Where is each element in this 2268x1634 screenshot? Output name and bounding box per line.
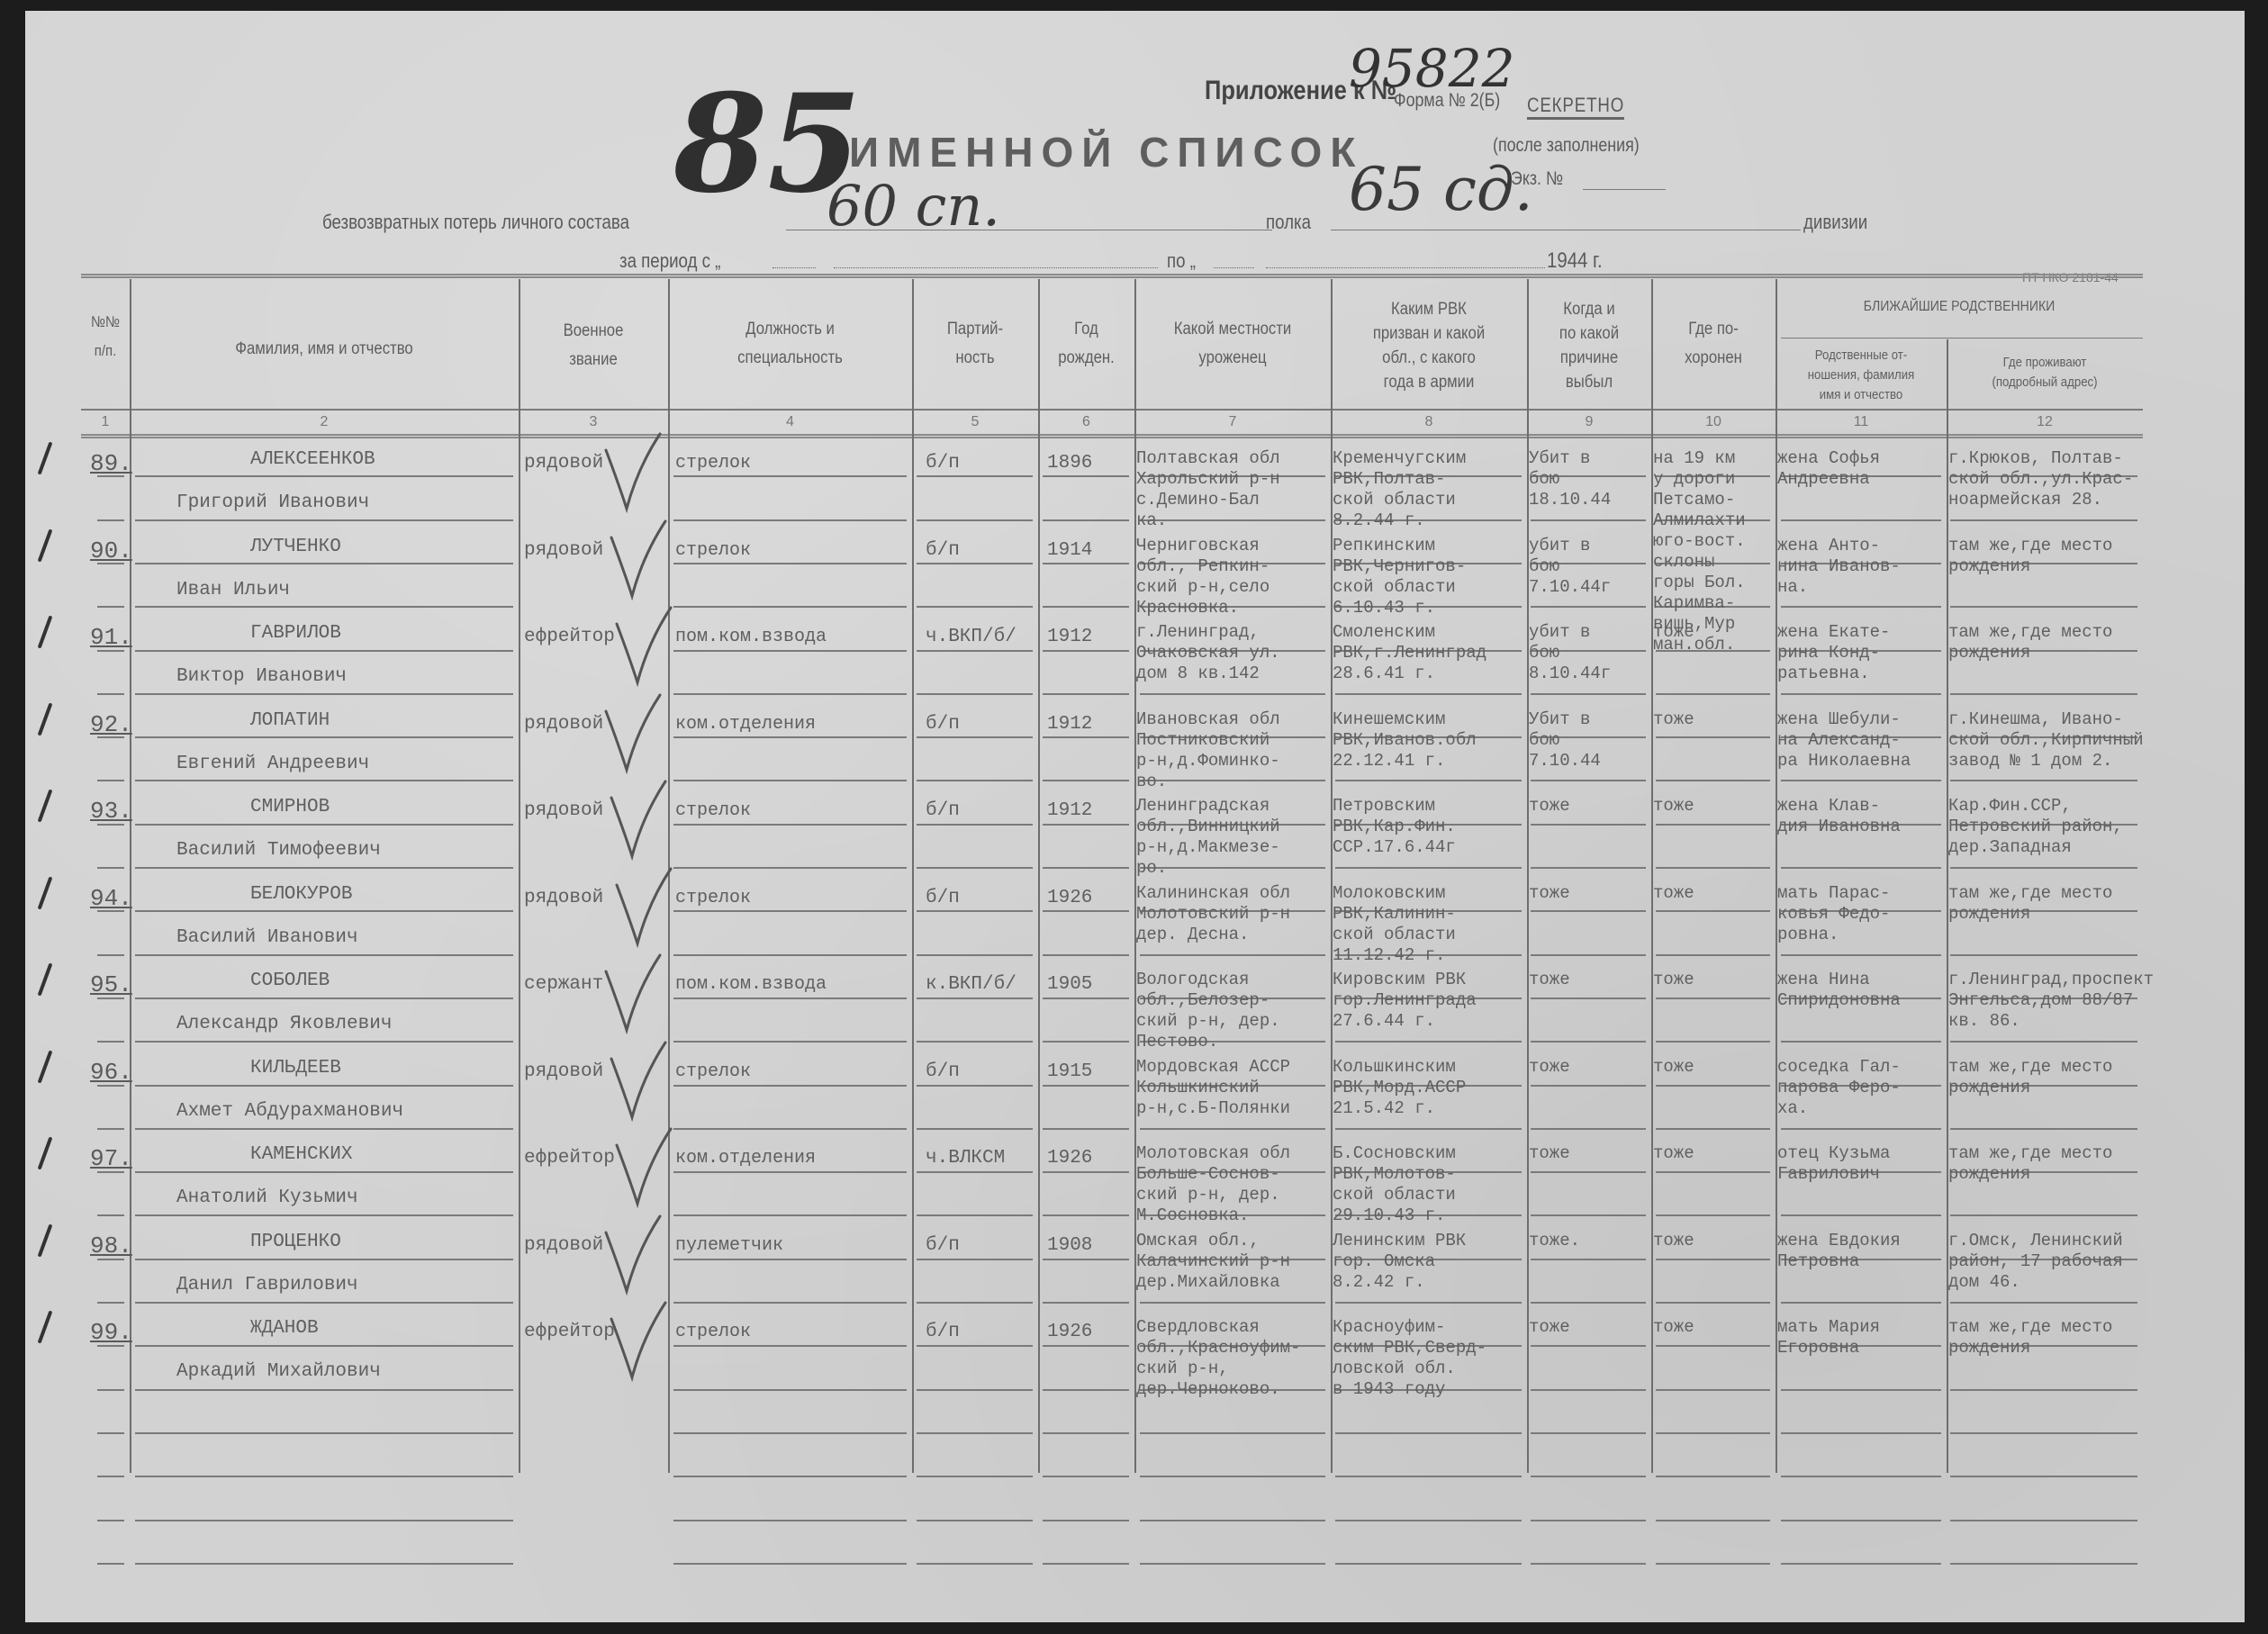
position: стрелок <box>675 452 751 474</box>
surname: СМИРНОВ <box>250 796 330 818</box>
given-names: Евгений Андреевич <box>176 753 369 775</box>
row-rule <box>1140 1302 1325 1304</box>
relative-name: жена Клав- дия Ивановна <box>1777 796 1901 837</box>
row-rule <box>1531 1476 1646 1477</box>
row-rule <box>1335 1302 1522 1304</box>
period-to-month <box>1266 267 1545 268</box>
row-rule <box>1043 1345 1129 1347</box>
colnum-2: 2 <box>130 414 519 430</box>
copy-number-line <box>1583 189 1666 190</box>
unit-handwritten: 60 сп. <box>827 173 1000 239</box>
relative-name: жена Анто- нина Иванов- на. <box>1777 536 1901 598</box>
after-filling-label: (после заполнения) <box>1493 135 1640 157</box>
burial-place: тоже <box>1653 1143 1694 1164</box>
row-rule <box>135 1432 513 1434</box>
row-rule <box>1531 1171 1646 1173</box>
when-why-dropped: тоже <box>1529 1317 1570 1338</box>
row-number: 93. <box>90 798 132 825</box>
row-rule <box>673 650 907 652</box>
row-rule <box>135 867 513 869</box>
period-to: по „ <box>1167 249 1196 273</box>
row-rule <box>1950 1476 2137 1477</box>
row-rule <box>135 1302 513 1304</box>
given-names: Иван Ильич <box>176 579 290 601</box>
row-rule <box>917 910 1033 912</box>
row-rule <box>1656 998 1770 999</box>
row-rule <box>1950 1214 2137 1216</box>
row-number: 97. <box>90 1145 132 1172</box>
row-rule <box>1656 780 1770 781</box>
row-number: 98. <box>90 1232 132 1259</box>
row-number: 92. <box>90 711 132 738</box>
row-rule <box>1140 1520 1325 1521</box>
when-why-dropped: убит в бою 7.10.44г <box>1529 536 1611 598</box>
row-rule <box>1335 693 1522 695</box>
party: б/п <box>926 452 960 474</box>
row-rule <box>1043 910 1129 912</box>
row-rule <box>1781 1563 1941 1565</box>
header-col-9: Когда ипо какойпричиневыбыл <box>1534 297 1643 394</box>
row-rule <box>135 606 513 608</box>
birth-year: 1896 <box>1047 452 1092 474</box>
row-rule <box>135 736 513 738</box>
row-rule <box>1531 824 1646 826</box>
row-rule <box>917 1345 1033 1347</box>
row-rule <box>1656 693 1770 695</box>
draft-office: Кировским РВК гор.Ленинграда 27.6.44 г. <box>1333 970 1477 1032</box>
header-col-6: Годрожден. <box>1044 315 1128 373</box>
draft-office: Кинешемским РВК,Иванов.обл 22.12.41 г. <box>1333 709 1477 772</box>
row-rule <box>1781 1128 1941 1130</box>
row-rule <box>135 1214 513 1216</box>
row-rule <box>1950 867 2137 869</box>
row-rule <box>1043 780 1129 781</box>
row-rule <box>1531 1041 1646 1043</box>
col-divider-2 <box>519 279 520 1473</box>
period-prefix: за период с „ <box>619 249 720 273</box>
row-rule <box>673 1128 907 1130</box>
row-number: 99. <box>90 1319 132 1346</box>
row-rule <box>1335 1563 1522 1565</box>
row-rule <box>917 954 1033 956</box>
row-rule <box>1140 693 1325 695</box>
row-number: 90. <box>90 537 132 564</box>
row-rule <box>1531 1345 1646 1347</box>
row-rule <box>1950 606 2137 608</box>
row-rule <box>917 1520 1033 1521</box>
row-rule <box>135 1171 513 1173</box>
position: стрелок <box>675 1061 751 1083</box>
rank: ефрейтор <box>524 1321 615 1343</box>
row-rule <box>1043 606 1129 608</box>
row-rule <box>1781 606 1941 608</box>
row-rule <box>1043 1128 1129 1130</box>
row-rule <box>673 780 907 781</box>
given-names: Виктор Иванович <box>176 665 347 688</box>
burial-place: тоже <box>1653 1317 1694 1338</box>
secret-label: СЕКРЕТНО <box>1527 94 1624 120</box>
row-rule <box>917 563 1033 564</box>
native-place: Омская обл., Калачинский р-н дер.Михайло… <box>1136 1231 1290 1293</box>
row-rule <box>1950 519 2137 521</box>
relative-address: там же,где место рождения <box>1948 883 2112 925</box>
row-rule <box>1531 780 1646 781</box>
given-names: Григорий Иванович <box>176 492 369 514</box>
row-rule <box>1531 1259 1646 1260</box>
row-rule <box>917 1214 1033 1216</box>
row-rule <box>1656 1302 1770 1304</box>
row-rule <box>1656 1259 1770 1260</box>
row-rule <box>1950 1563 2137 1565</box>
draft-office: Б.Сосновским РВК,Молотов- ской области 2… <box>1333 1143 1456 1226</box>
rank: рядовой <box>524 452 603 474</box>
row-rule <box>917 693 1033 695</box>
row-rule <box>135 1563 513 1565</box>
row-rule <box>135 824 513 826</box>
check-mark-icon <box>601 953 664 1034</box>
position: стрелок <box>675 1321 751 1343</box>
given-names: Александр Яковлевич <box>176 1013 392 1035</box>
header-col-4: Должность испециальность <box>682 315 897 373</box>
row-rule <box>1656 1128 1770 1130</box>
row-rule <box>1656 1214 1770 1216</box>
burial-place: тоже <box>1653 622 1694 643</box>
row-rule <box>1781 954 1941 956</box>
relative-name: жена Екате- рина Конд- ратьевна. <box>1777 622 1890 684</box>
row-rule <box>673 1432 907 1434</box>
row-rule <box>1043 563 1129 564</box>
position: пом.ком.взвода <box>675 626 827 648</box>
position: пулеметчик <box>675 1234 783 1257</box>
header-bottom-line <box>81 409 2143 411</box>
native-place: Свердловская обл.,Красноуфим- ский р-н, … <box>1136 1317 1300 1400</box>
when-why-dropped: тоже <box>1529 1143 1570 1164</box>
row-rule <box>917 475 1033 477</box>
row-rule <box>1781 1476 1941 1477</box>
row-rule <box>1043 1563 1129 1565</box>
relative-address: там же,где место рождения <box>1948 1143 2112 1185</box>
header-col-12: Где проживают(подробный адрес) <box>1958 353 2131 393</box>
row-rule <box>1656 867 1770 869</box>
position: стрелок <box>675 799 751 822</box>
row-number: 96. <box>90 1059 132 1086</box>
row-rule <box>1043 693 1129 695</box>
colnum-5: 5 <box>912 414 1038 430</box>
row-rule <box>673 1214 907 1216</box>
row-rule <box>1335 1476 1522 1477</box>
row-rule <box>917 1041 1033 1043</box>
native-place: г.Ленинград, Очаковская ул. дом 8 кв.142 <box>1136 622 1280 684</box>
burial-place: тоже <box>1653 1231 1694 1251</box>
header-col-1: №№п/п. <box>84 308 127 366</box>
row-rule <box>673 1520 907 1521</box>
relative-address: там же,где место рождения <box>1948 622 2112 664</box>
row-rule <box>673 998 907 999</box>
relatives-group-header: БЛИЖАЙШИЕ РОДСТВЕННИКИ <box>1797 297 2120 317</box>
row-rule <box>1335 1520 1522 1521</box>
colnum-10: 10 <box>1651 414 1776 430</box>
row-rule <box>1335 867 1522 869</box>
burial-place: тоже <box>1653 1057 1694 1078</box>
birth-year: 1926 <box>1047 1321 1092 1343</box>
row-rule <box>1531 1214 1646 1216</box>
row-rule <box>1043 1041 1129 1043</box>
row-rule <box>1781 693 1941 695</box>
check-mark-icon <box>607 1041 670 1122</box>
row-rule <box>1531 954 1646 956</box>
row-rule <box>917 1563 1033 1565</box>
relative-address: г.Ленинград,проспект Энгельса,дом 88/87 … <box>1948 970 2154 1032</box>
row-rule <box>135 1476 513 1477</box>
row-rule <box>1043 1476 1129 1477</box>
row-rule <box>1043 519 1129 521</box>
row-rule <box>135 563 513 564</box>
rank: ефрейтор <box>524 626 615 648</box>
document-page: 85 Приложение к № 95822 Форма № 2(Б) СЕК… <box>25 11 2245 1622</box>
row-rule <box>1531 519 1646 521</box>
period-from-day <box>773 267 816 268</box>
row-rule <box>135 910 513 912</box>
row-rule <box>917 650 1033 652</box>
row-rule <box>673 1041 907 1043</box>
colnum-6: 6 <box>1038 414 1134 430</box>
row-rule <box>135 519 513 521</box>
col-divider-4 <box>912 279 914 1473</box>
row-rule <box>1950 780 2137 781</box>
row-rule <box>97 1432 124 1434</box>
native-place: Ленинградская обл.,Винницкий р-н,д.Макме… <box>1136 796 1280 879</box>
burial-place: тоже <box>1653 883 1694 904</box>
row-rule <box>1950 693 2137 695</box>
row-rule <box>917 867 1033 869</box>
party: б/п <box>926 539 960 562</box>
rank: рядовой <box>524 1234 603 1257</box>
native-place: Калининская обл Молотовский р-н дер. Дес… <box>1136 883 1290 945</box>
check-mark-icon <box>607 780 670 861</box>
row-rule <box>97 1563 124 1565</box>
row-rule <box>917 1476 1033 1477</box>
row-rule <box>917 606 1033 608</box>
draft-office: Кременчугским РВК,Полтав- ской области 8… <box>1333 448 1466 531</box>
birth-year: 1912 <box>1047 626 1092 648</box>
party: б/п <box>926 1321 960 1343</box>
col-divider-5 <box>1038 279 1040 1473</box>
row-rule <box>673 1345 907 1347</box>
rank: ефрейтор <box>524 1147 615 1169</box>
row-rule <box>1781 1389 1941 1391</box>
relative-name: жена Софья Андреевна <box>1777 448 1880 490</box>
row-rule <box>673 1085 907 1087</box>
row-rule <box>1531 867 1646 869</box>
row-rule <box>135 1389 513 1391</box>
row-rule <box>1335 1041 1522 1043</box>
row-rule <box>1531 1563 1646 1565</box>
colnum-8: 8 <box>1331 414 1527 430</box>
birth-year: 1912 <box>1047 713 1092 736</box>
row-rule <box>917 519 1033 521</box>
division-label: дивизии <box>1803 211 1867 234</box>
draft-office: Репкинским РВК,Чернигов- ской области 6.… <box>1333 536 1466 618</box>
row-rule <box>1781 780 1941 781</box>
row-rule <box>1531 1520 1646 1521</box>
row-rule <box>1335 1432 1522 1434</box>
row-rule <box>1531 606 1646 608</box>
draft-office: Красноуфим- ским РВК,Сверд- ловской обл.… <box>1333 1317 1486 1400</box>
header-col-2: Фамилия, имя и отчество <box>153 335 495 364</box>
relative-address: г.Омск, Ленинский район, 17 рабочая дом … <box>1948 1231 2123 1293</box>
row-rule <box>1531 1389 1646 1391</box>
row-rule <box>1531 998 1646 999</box>
header-col-11: Родственные от-ношения, фамилияимя и отч… <box>1785 346 1936 405</box>
row-rule <box>673 910 907 912</box>
row-rule <box>917 1171 1033 1173</box>
row-rule <box>1656 1520 1770 1521</box>
position: стрелок <box>675 887 751 909</box>
row-rule <box>1656 910 1770 912</box>
colnum-bottom-border <box>81 434 2143 438</box>
row-rule <box>917 1432 1033 1434</box>
colnum-7: 7 <box>1134 414 1331 430</box>
row-rule <box>1140 954 1325 956</box>
given-names: Данил Гаврилович <box>176 1274 358 1296</box>
check-mark-icon <box>612 1127 675 1208</box>
birth-year: 1915 <box>1047 1061 1092 1083</box>
native-place: Мордовская АССР Кольшкинский р-н,с.Б-Пол… <box>1136 1057 1290 1119</box>
row-rule <box>1656 1476 1770 1477</box>
relative-address: там же,где место рождения <box>1948 1317 2112 1359</box>
row-rule <box>1950 1432 2137 1434</box>
header-col-5: Партий-ность <box>919 315 1030 373</box>
relative-address: там же,где место рождения <box>1948 536 2112 577</box>
surname: ЖДАНОВ <box>250 1317 319 1340</box>
row-rule <box>1656 736 1770 738</box>
row-rule <box>673 563 907 564</box>
row-rule <box>673 1302 907 1304</box>
row-rule <box>1781 519 1941 521</box>
row-rule <box>1043 1432 1129 1434</box>
row-rule <box>673 519 907 521</box>
row-rule <box>1531 693 1646 695</box>
row-rule <box>1656 954 1770 956</box>
header-col-8: Каким РВКпризван и какойобл., с какогого… <box>1342 297 1515 394</box>
row-rule <box>1781 867 1941 869</box>
row-rule <box>135 1085 513 1087</box>
row-rule <box>1656 1432 1770 1434</box>
row-rule <box>917 1128 1033 1130</box>
birth-year: 1926 <box>1047 1147 1092 1169</box>
check-mark-icon <box>607 1301 670 1382</box>
surname: КИЛЬДЕЕВ <box>250 1057 341 1079</box>
row-rule <box>673 1476 907 1477</box>
row-rule <box>97 606 124 608</box>
birth-year: 1908 <box>1047 1234 1092 1257</box>
row-rule <box>1140 1563 1325 1565</box>
row-rule <box>673 1259 907 1260</box>
row-rule <box>1781 1520 1941 1521</box>
row-rule <box>1531 910 1646 912</box>
surname: АЛЕКСЕЕНКОВ <box>250 448 375 471</box>
colnum-1: 1 <box>81 414 130 430</box>
row-rule <box>1043 1085 1129 1087</box>
draft-office: Молоковским РВК,Калинин- ской области 11… <box>1333 883 1456 966</box>
row-rule <box>135 1345 513 1347</box>
birth-year: 1905 <box>1047 973 1092 996</box>
given-names: Аркадий Михайлович <box>176 1360 381 1383</box>
colnum-9: 9 <box>1527 414 1651 430</box>
row-rule <box>673 606 907 608</box>
rank: рядовой <box>524 539 603 562</box>
position: ком.отделения <box>675 713 816 736</box>
row-number: 95. <box>90 971 132 998</box>
header-col-7: Какой местностиуроженец <box>1146 315 1319 373</box>
row-rule <box>135 650 513 652</box>
row-rule <box>1043 650 1129 652</box>
row-rule <box>1335 1128 1522 1130</box>
row-rule <box>135 1520 513 1521</box>
row-rule <box>917 736 1033 738</box>
position: ком.отделения <box>675 1147 816 1169</box>
page-title: ИМЕННОЙ СПИСОК <box>849 128 1363 176</box>
surname: БЕЛОКУРОВ <box>250 883 352 906</box>
row-rule <box>917 1259 1033 1260</box>
row-rule <box>135 954 513 956</box>
relative-name: соседка Гал- парова Феро- ха. <box>1777 1057 1901 1119</box>
row-rule <box>1043 1214 1129 1216</box>
native-place: Полтавская обл Харольский р-н с.Демино-Б… <box>1136 448 1280 531</box>
position: стрелок <box>675 539 751 562</box>
row-rule <box>1781 1432 1941 1434</box>
row-rule <box>917 1085 1033 1087</box>
row-rule <box>1043 475 1129 477</box>
party: ч.ВЛКСМ <box>926 1147 1005 1169</box>
row-rule <box>673 736 907 738</box>
row-rule <box>917 1302 1033 1304</box>
relative-name: мать Мария Егоровна <box>1777 1317 1880 1359</box>
given-names: Василий Иванович <box>176 926 358 949</box>
when-why-dropped: тоже <box>1529 883 1570 904</box>
row-rule <box>917 780 1033 781</box>
burial-place: тоже <box>1653 709 1694 730</box>
surname: ГАВРИЛОВ <box>250 622 341 645</box>
row-rule <box>1140 1476 1325 1477</box>
given-names: Анатолий Кузьмич <box>176 1187 358 1209</box>
check-mark-icon <box>601 1214 664 1295</box>
relative-name: жена Евдокия Петровна <box>1777 1231 1901 1272</box>
burial-place: тоже <box>1653 970 1694 990</box>
draft-office: Смоленским РВК,г.Ленинград 28.6.41 г. <box>1333 622 1486 684</box>
row-rule <box>135 1041 513 1043</box>
relatives-group-line <box>1781 338 2143 339</box>
row-rule <box>1781 1214 1941 1216</box>
row-rule <box>1781 1302 1941 1304</box>
row-rule <box>97 1302 124 1304</box>
row-rule <box>1043 867 1129 869</box>
row-rule <box>1043 998 1129 999</box>
row-rule <box>1950 1041 2137 1043</box>
surname: ПРОЦЕНКО <box>250 1231 341 1253</box>
row-rule <box>97 780 124 781</box>
party: б/п <box>926 713 960 736</box>
relative-address: там же,где место рождения <box>1948 1057 2112 1098</box>
when-why-dropped: Убит в бою 18.10.44 <box>1529 448 1611 510</box>
row-number: 94. <box>90 885 132 912</box>
division-line <box>1331 230 1801 230</box>
row-rule <box>1531 1128 1646 1130</box>
row-rule <box>1531 1085 1646 1087</box>
period-year: 1944 г. <box>1547 248 1603 274</box>
when-why-dropped: тоже. <box>1529 1231 1580 1251</box>
row-rule <box>673 1563 907 1565</box>
